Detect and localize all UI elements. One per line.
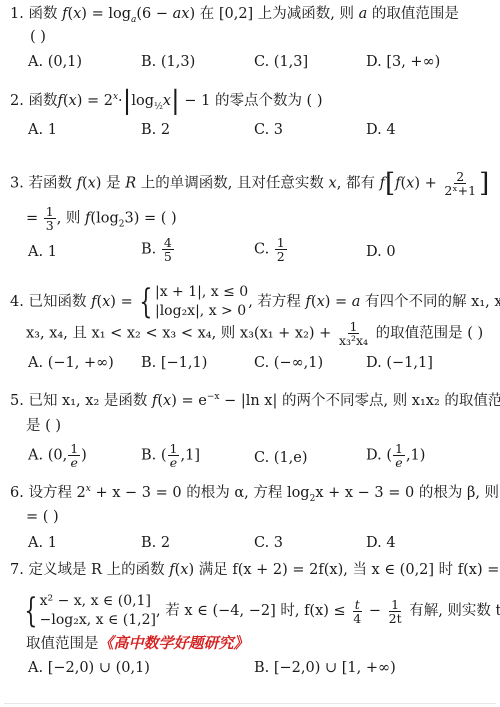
question-number: 4.: [10, 294, 24, 310]
text: − 1 的零点个数为 ( ): [180, 93, 323, 109]
question-5-option-b: B. (1e,1]: [141, 442, 200, 469]
numerator: t: [353, 598, 362, 612]
denominator: 2: [275, 250, 287, 263]
case-1: |x + 1|, x ≤ 0: [155, 283, 248, 302]
text: , 若 x ∈ (−4, −2] 时, f(x) ≤: [156, 603, 350, 619]
question-number: 7.: [10, 562, 24, 578]
text: + x − 3 = 0 的根为 α, 方程 log: [91, 485, 310, 501]
numerator: 1: [44, 205, 56, 219]
option-label: C.: [254, 242, 269, 258]
question-7-stem-line1: 7. 定义域是 R 上的函数 f(x) 满足 f(x + 2) = 2f(x),…: [10, 560, 499, 580]
left-brace: {: [24, 594, 37, 628]
text: (6 −: [136, 6, 172, 22]
question-3-option-d: D. 0: [366, 242, 396, 262]
question-6-stem-line1: 6. 设方程 2x + x − 3 = 0 的根为 α, 方程 log2x + …: [10, 483, 500, 503]
text: 有四个不同的解 x₁, x₂,: [360, 294, 500, 310]
math-a: a: [359, 6, 368, 22]
question-number: 3.: [10, 176, 24, 192]
question-1-stem: 1. 函数 f(x) = loga(6 − ax) 在 [0,2] 上为减函数,…: [10, 4, 459, 24]
question-4-option-c: C. (−∞,1): [254, 353, 323, 373]
fraction: 1e: [393, 442, 405, 469]
fraction: 22ˣ+1: [442, 170, 478, 197]
question-2-option-b: B. 2: [141, 120, 170, 140]
math-x: x: [317, 294, 325, 310]
question-3-option-a: A. 1: [28, 242, 57, 262]
bracket: ]: [479, 169, 489, 199]
math-x: x: [88, 176, 96, 192]
text: =: [330, 294, 351, 310]
question-2-stem: 2. 函数f(x) = 2x·|log½x| − 1 的零点个数为 ( ): [10, 91, 322, 111]
fraction: 45: [162, 236, 174, 263]
denominator: 3: [44, 219, 56, 232]
question-7-option-a: A. [−2,0) ∪ (0,1): [28, 658, 150, 678]
question-6-option-b: B. 2: [141, 533, 170, 553]
superscript: −x: [207, 392, 220, 402]
text: 函数: [28, 6, 57, 22]
text: 定义域是 R 上的函数: [28, 562, 169, 578]
math-f: f: [91, 294, 96, 310]
math-x: x: [69, 93, 77, 109]
question-7-stem-line3: 取值范围是《高中数学好题研究》: [26, 633, 249, 654]
case-2: −log₂x, x ∈ (1,2]: [40, 611, 156, 630]
question-1-option-c: C. (1,3]: [254, 52, 308, 72]
text: =: [116, 294, 137, 310]
math-f: f: [169, 562, 174, 578]
text: 设方程 2: [28, 485, 85, 501]
text: = 2: [82, 93, 113, 109]
question-6-stem-line2: = ( ): [26, 507, 59, 527]
text: 函数: [28, 93, 57, 109]
text: +: [420, 176, 441, 192]
fraction: 12t: [387, 598, 404, 625]
text: −: [364, 603, 385, 619]
text: 有解, 则实数 t 的: [405, 603, 500, 619]
question-1-option-d: D. [3, +∞): [366, 52, 440, 72]
math-f: f: [306, 294, 311, 310]
text: ): [81, 448, 87, 464]
piecewise-cases: |x + 1|, x ≤ 0|log₂x|, x > 0: [155, 283, 248, 321]
text: , 则: [57, 211, 85, 227]
question-1-blank: ( ): [30, 27, 46, 47]
math-f: f: [62, 6, 67, 22]
text: 3) = ( ): [124, 211, 176, 227]
text: 的取值范围是 ( ): [371, 326, 483, 342]
question-5-stem-line2: 是 ( ): [26, 416, 61, 436]
text: , 都有: [337, 176, 380, 192]
question-1-option-b: B. (1,3): [141, 52, 195, 72]
question-number: 5.: [10, 393, 24, 409]
question-number: 6.: [10, 485, 24, 501]
math-x: x: [329, 176, 337, 192]
question-2-option-c: C. 3: [254, 120, 283, 140]
denominator: e: [68, 456, 79, 469]
case-2: |log₂x|, x > 0: [155, 302, 248, 321]
question-4-option-d: D. (−1,1]: [366, 353, 433, 373]
question-6-option-c: C. 3: [254, 533, 283, 553]
math-f: f: [152, 393, 157, 409]
left-brace: {: [140, 285, 153, 319]
case-1: x² − x, x ∈ (0,1]: [40, 592, 156, 611]
question-6-option-a: A. 1: [28, 533, 57, 553]
numerator: 1: [348, 320, 360, 334]
math-x: x: [73, 6, 81, 22]
text: x₃, x₄, 且 x₁ < x₂ < x₃ < x₄, 则 x₃(x₁ + x…: [26, 326, 336, 342]
question-3-option-b: B. 45: [141, 236, 175, 263]
question-5-stem-line1: 5. 已知 x₁, x₂ 是函数 f(x) = e−x − |ln x| 的两个…: [10, 391, 500, 411]
question-number: 2.: [10, 93, 24, 109]
text: 已知函数: [28, 294, 91, 310]
text: ,1): [406, 448, 426, 464]
math-x: x: [102, 294, 110, 310]
text: 取值范围是: [26, 636, 99, 652]
abs-bar: |: [171, 86, 180, 116]
question-3-stem-line1: 3. 若函数 f(x) 是 R 上的单调函数, 且对任意实数 x, 都有 f[f…: [10, 170, 489, 197]
numerator: 2: [454, 170, 466, 184]
denominator: x₃²x₄: [337, 334, 370, 347]
numerator: 1: [275, 236, 287, 250]
option-label: A. (0,: [28, 448, 67, 464]
text: , 若方程: [248, 294, 305, 310]
fraction: 13: [44, 205, 56, 232]
text: = log: [87, 6, 131, 22]
text: (log: [90, 211, 118, 227]
question-7-option-b: B. [−2,0) ∪ [1, +∞): [254, 658, 396, 678]
text: log: [131, 93, 154, 109]
denominator: 2ˣ+1: [442, 184, 478, 197]
text: 满足 f(x + 2) = 2f(x), 当 x ∈ (0,2] 时 f(x) …: [194, 562, 499, 578]
subscript: ½: [154, 102, 163, 112]
text: 若函数: [28, 176, 76, 192]
numerator: 1: [393, 442, 405, 456]
question-2-option-a: A. 1: [28, 120, 57, 140]
option-label: D. (: [366, 448, 392, 464]
fraction: t4: [351, 598, 363, 625]
question-4-option-a: A. (−1, +∞): [28, 353, 114, 373]
question-number: 1.: [10, 6, 24, 22]
question-5-option-d: D. (1e,1): [366, 442, 425, 469]
question-2-option-d: D. 4: [366, 120, 396, 140]
text: = e: [177, 393, 207, 409]
question-7-stem-line2: {x² − x, x ∈ (0,1]−log₂x, x ∈ (1,2], 若 x…: [22, 592, 500, 630]
text: ) 在 [0,2] 上为减函数, 则: [189, 6, 358, 22]
bracket: [: [385, 169, 395, 199]
numerator: 1: [68, 442, 80, 456]
fraction: 1x₃²x₄: [337, 320, 370, 347]
option-label: B.: [141, 242, 156, 258]
fraction: 12: [275, 236, 287, 263]
denominator: 5: [162, 250, 174, 263]
question-4-stem-line1: 4. 已知函数 f(x) = {|x + 1|, x ≤ 0|log₂x|, x…: [10, 283, 500, 321]
denominator: e: [393, 456, 404, 469]
question-5-option-a: A. (0,1e): [28, 442, 87, 469]
question-3-option-c: C. 12: [254, 236, 288, 263]
question-4-option-b: B. [−1,1): [141, 353, 207, 373]
denominator: e: [168, 456, 179, 469]
option-label: B. (: [141, 448, 167, 464]
math-f: f: [395, 176, 400, 192]
bottom-divider: [4, 703, 496, 704]
text: =: [26, 211, 43, 227]
math-ax: ax: [173, 6, 190, 22]
math-f: f: [57, 93, 62, 109]
question-1-option-a: A. (0,1): [28, 52, 82, 72]
question-6-option-d: D. 4: [366, 533, 396, 553]
text: − |ln x| 的两个不同零点, 则 x₁x₂ 的取值范围: [219, 393, 500, 409]
question-5-option-c: C. (1,e): [254, 448, 308, 468]
text: 的取值范围是: [367, 6, 459, 22]
math-x: x: [163, 93, 171, 109]
text: 已知 x₁, x₂ 是函数: [28, 393, 152, 409]
denominator: 4: [351, 612, 363, 625]
math-x: x: [406, 176, 414, 192]
math-f: f: [77, 176, 82, 192]
piecewise-cases: x² − x, x ∈ (0,1]−log₂x, x ∈ (1,2]: [40, 592, 156, 630]
math-R: R: [125, 176, 136, 192]
watermark: 《高中数学好题研究》: [99, 634, 249, 652]
text: 是: [101, 176, 125, 192]
numerator: 1: [389, 598, 401, 612]
denominator: 2t: [387, 612, 404, 625]
math-x: x: [180, 562, 188, 578]
text: ,1]: [180, 448, 200, 464]
text: x + x − 3 = 0 的根为 β, 则 α + β: [315, 485, 500, 501]
numerator: 1: [168, 442, 180, 456]
fraction: 1e: [168, 442, 180, 469]
numerator: 4: [162, 236, 174, 250]
question-3-stem-line2: = 13, 则 f(log23) = ( ): [26, 205, 177, 232]
text: 上的单调函数, 且对任意实数: [136, 176, 328, 192]
worksheet-page: 1. 函数 f(x) = loga(6 − ax) 在 [0,2] 上为减函数,…: [0, 0, 500, 707]
question-4-stem-line2: x₃, x₄, 且 x₁ < x₂ < x₃ < x₄, 则 x₃(x₁ + x…: [26, 320, 483, 347]
fraction: 1e: [68, 442, 80, 469]
math-x: x: [163, 393, 171, 409]
